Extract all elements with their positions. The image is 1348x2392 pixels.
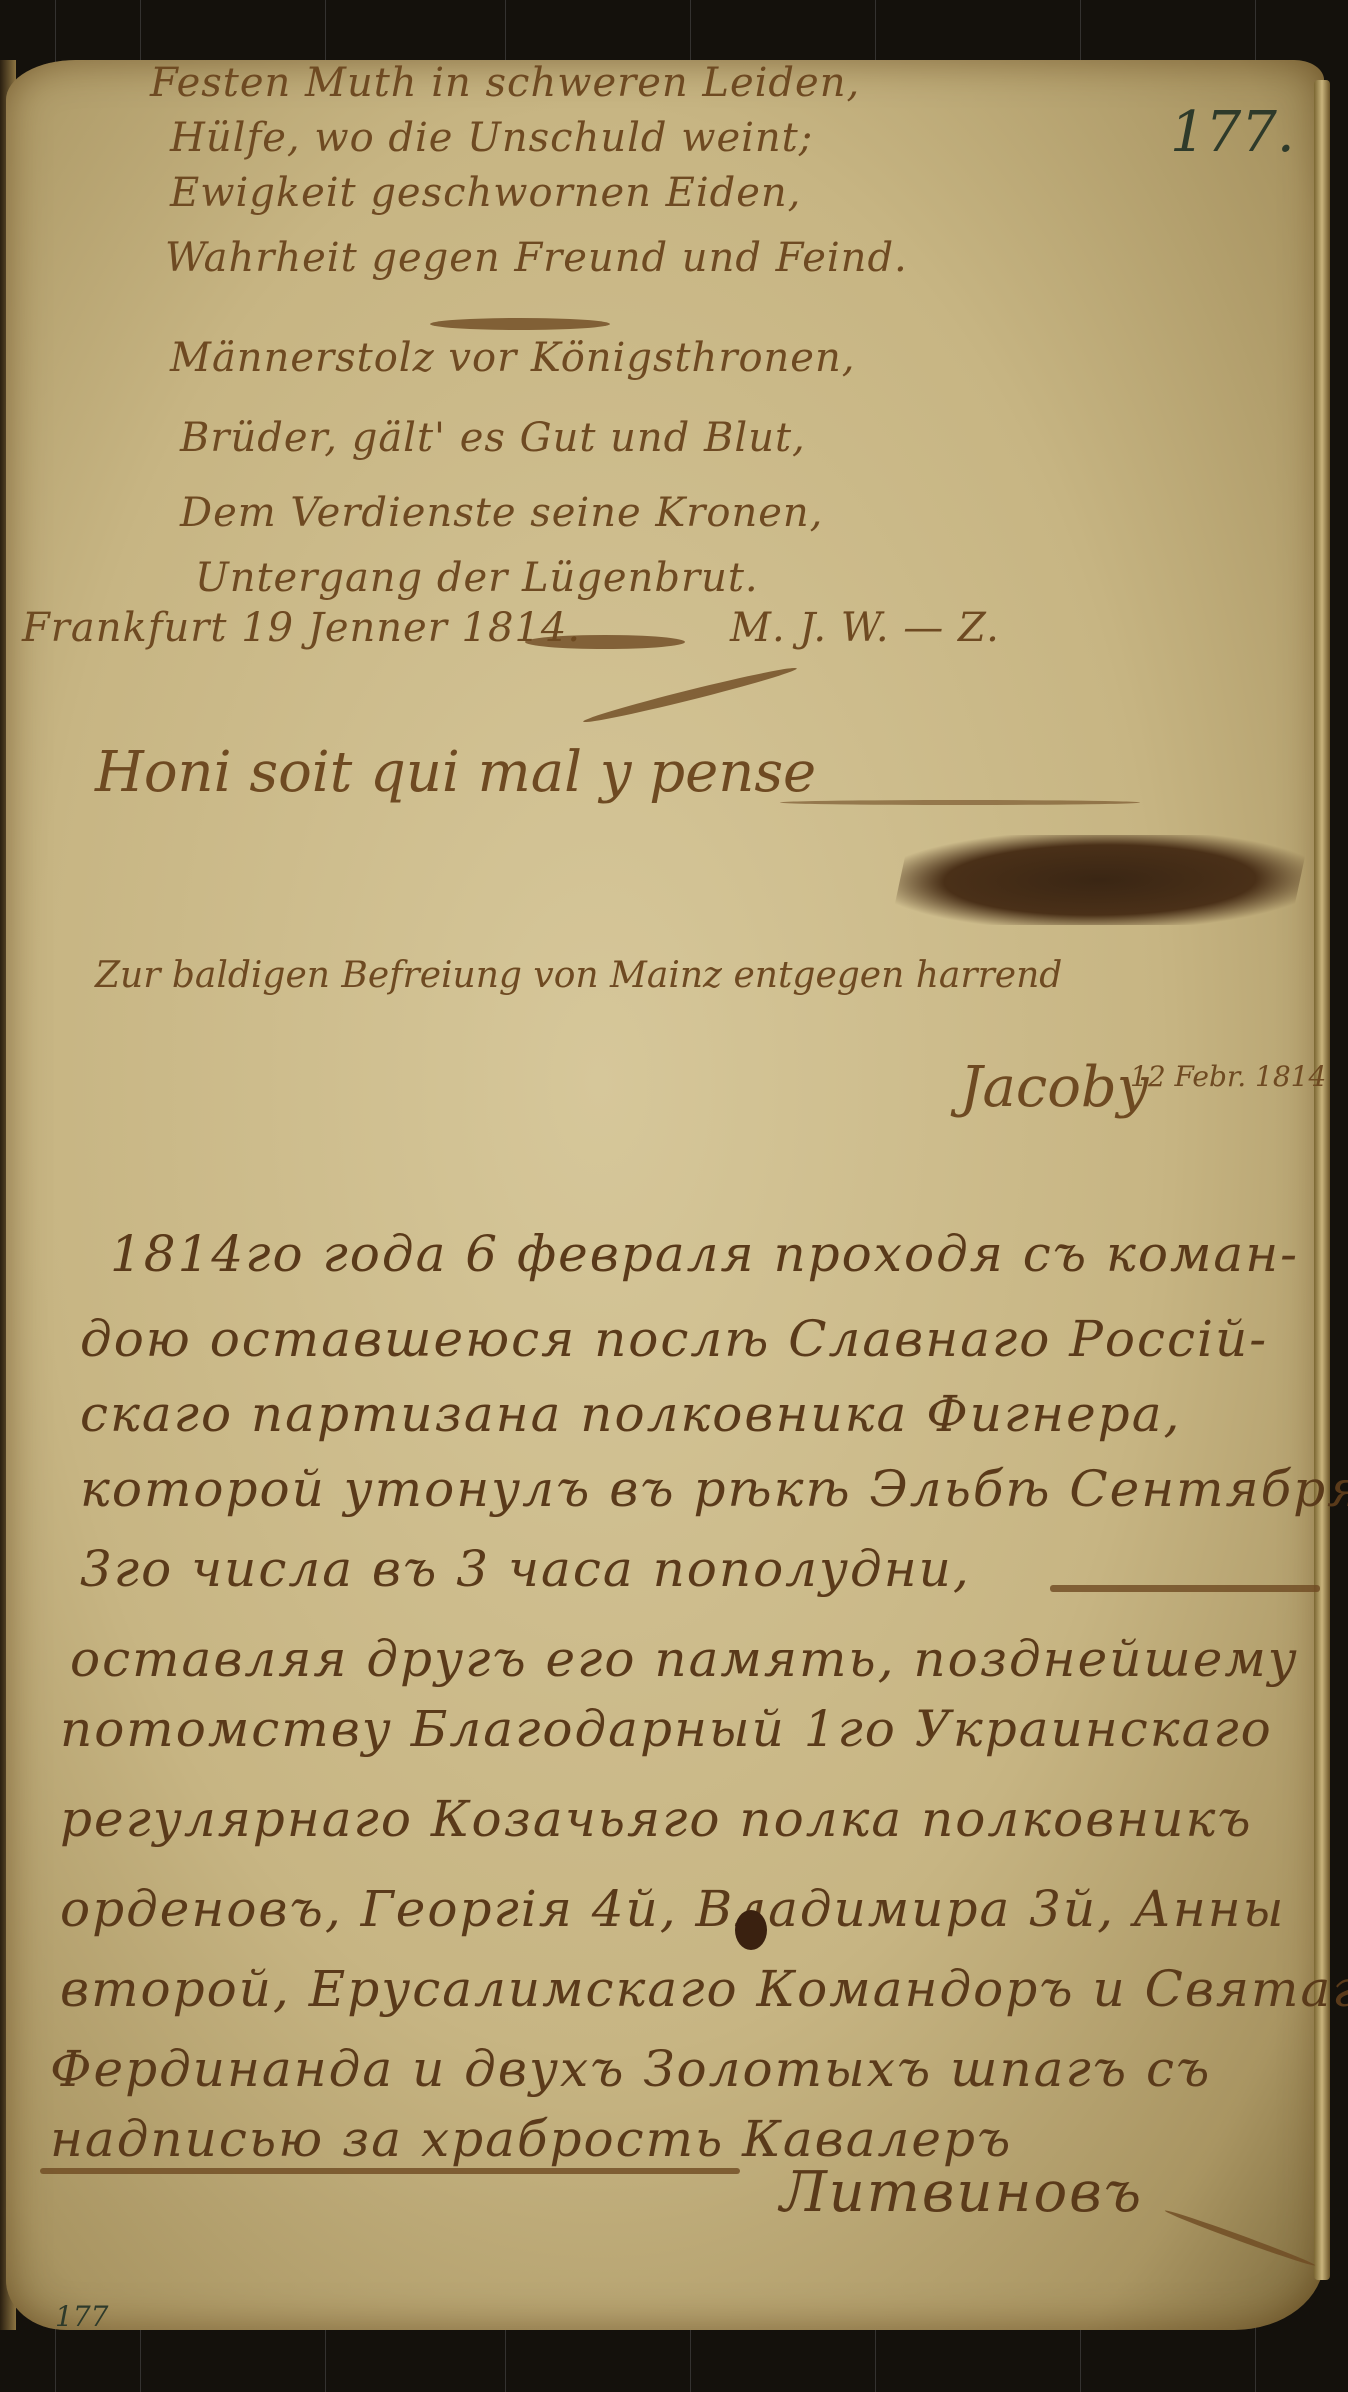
russian-line: 1814го года 6 февраля проходя съ коман-	[110, 1225, 1299, 1283]
poem-line: Brüder, gält' es Gut und Blut,	[180, 415, 806, 461]
russian-line: второй, Ерусалимскаго Командоръ и Святаг…	[60, 1960, 1348, 2018]
russian-line: Фердинанда и двухъ Золотыхъ шпагъ съ	[50, 2040, 1211, 2098]
russian-line: оставляя другъ его память, позднейшему	[70, 1630, 1299, 1688]
russian-line: дою оставшеюся послѣ Славнаго Россiй-	[80, 1310, 1268, 1368]
russian-line: скаго партизана полковника Фигнера,	[80, 1385, 1181, 1443]
poem-line: Hülfe, wo die Unschuld weint;	[170, 115, 813, 161]
page-number-top: 177.	[1170, 100, 1295, 165]
poem-line: Festen Muth in schweren Leiden,	[150, 60, 860, 106]
ink-dot	[735, 1910, 767, 1950]
dedication-date: 12 Febr. 1814	[1130, 1060, 1326, 1093]
ink-blot	[890, 835, 1309, 925]
french-motto: Honi soit qui mal y pense	[95, 740, 816, 805]
page-number-bottom: 177	[55, 2300, 108, 2333]
poem-line: Untergang der Lügenbrut.	[195, 555, 759, 601]
russian-line: орденовъ, Георгiя 4й, Владимира 3й, Анны	[60, 1880, 1285, 1938]
dedication-signature: Jacoby	[960, 1055, 1148, 1120]
russian-line: регулярнаго Козачьяго полка полковникъ	[60, 1790, 1253, 1848]
russian-signature: Литвиновъ	[780, 2160, 1143, 2225]
russian-line: которой утонулъ въ рѣкѣ Эльбѣ Сентября	[80, 1460, 1348, 1518]
dedication-text: Zur baldigen Befreiung von Mainz entgege…	[95, 955, 1062, 996]
page-edge	[1314, 80, 1330, 2280]
poem-initials: M. J. W. — Z.	[730, 605, 1000, 651]
poem-line: Ewigkeit geschwornen Eiden,	[170, 170, 801, 216]
russian-line: потомству Благодарный 1го Украинскаго	[60, 1700, 1273, 1758]
poem-line: Dem Verdienste seine Kronen,	[180, 490, 823, 536]
poem-date: Frankfurt 19 Jenner 1814.	[22, 605, 581, 651]
poem-line: Männerstolz vor Königsthronen,	[170, 335, 855, 381]
russian-line: 3го числа въ 3 часа пополудни,	[80, 1540, 971, 1598]
poem-line: Wahrheit gegen Freund und Feind.	[165, 235, 908, 281]
